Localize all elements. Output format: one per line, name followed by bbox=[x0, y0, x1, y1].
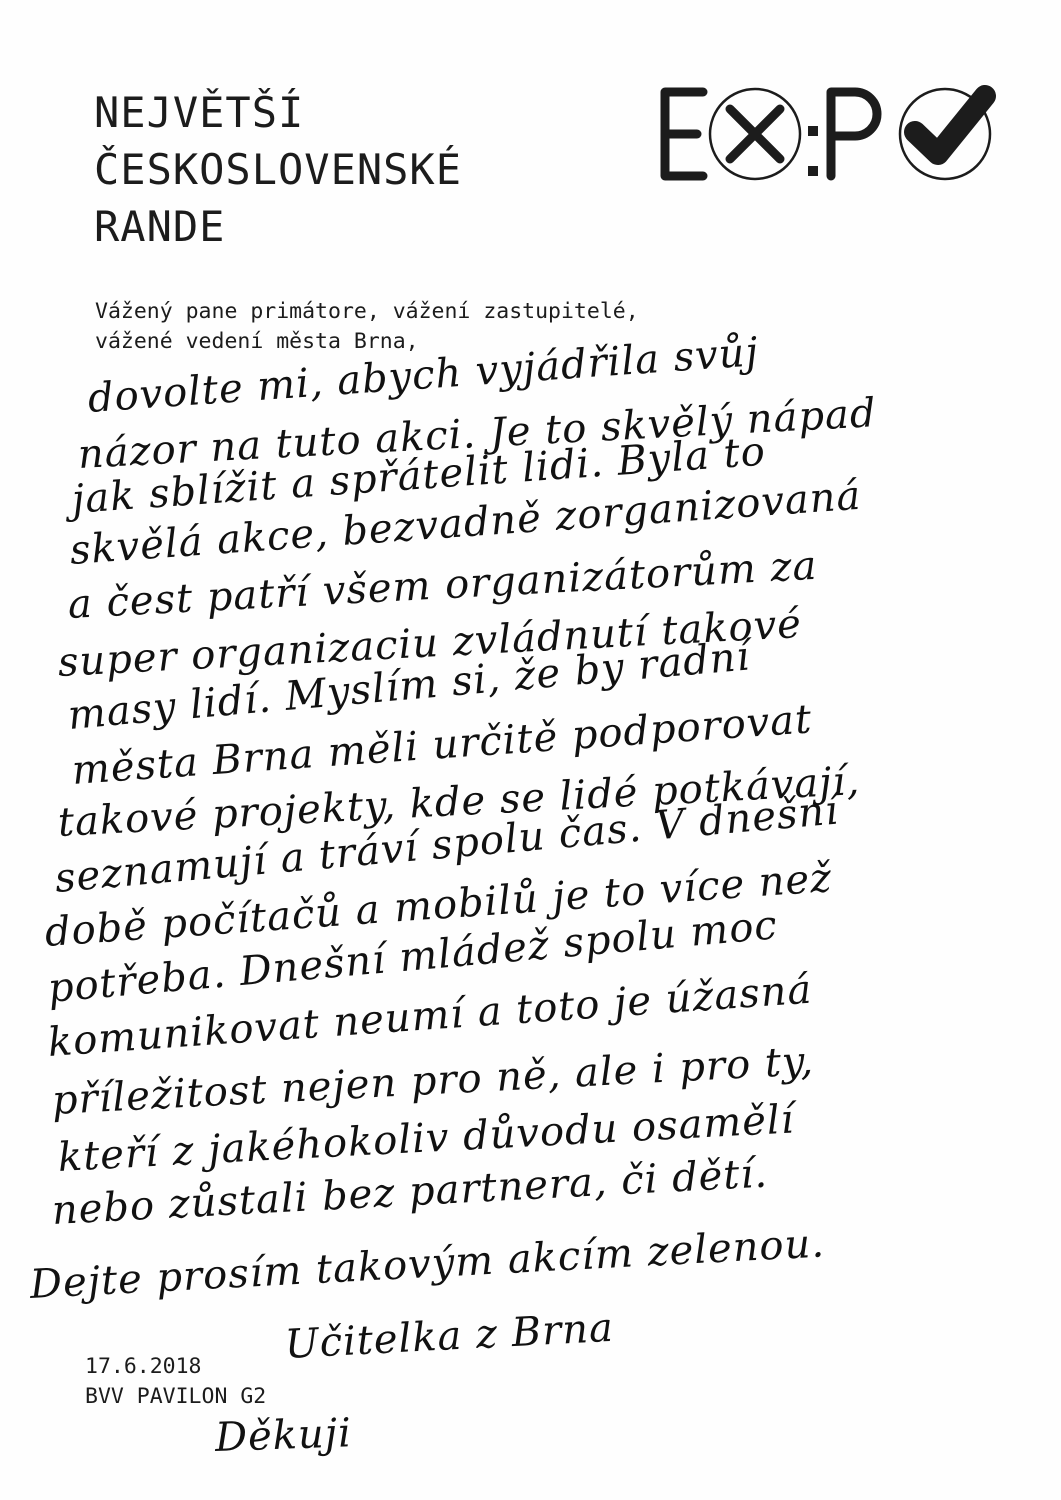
event-date: 17.6.2018 bbox=[85, 1352, 266, 1382]
signature: Učitelka z Brna bbox=[284, 1305, 615, 1368]
handwritten-letter: dovolte mi, abych vyjádřila svůj názor n… bbox=[0, 0, 1061, 1500]
postscript-thanks: Děkuji bbox=[214, 1410, 352, 1461]
letter-page: NEJVĚTŠÍ ČESKOSLOVENSKÉ RANDE Vážený bbox=[0, 0, 1061, 1500]
event-details: 17.6.2018 BVV PAVILON G2 bbox=[85, 1352, 266, 1412]
letter-line: Dejte prosím takovým akcím zelenou. bbox=[29, 1220, 826, 1308]
event-venue: BVV PAVILON G2 bbox=[85, 1382, 266, 1412]
